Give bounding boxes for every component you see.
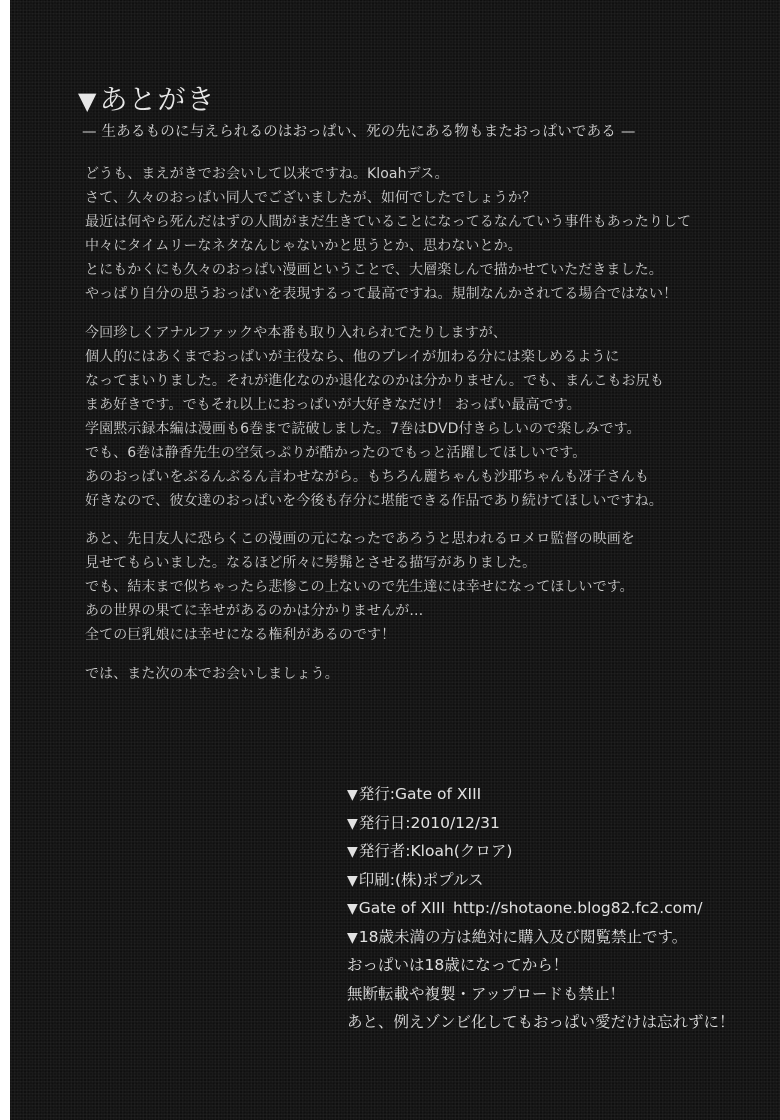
site-url: http://shotaone.blog82.fc2.com/ [453, 899, 702, 917]
text-line: まあ好きです。でもそれ以上におっぱいが大好きなだけ！ おっぱい最高です。 [85, 393, 745, 417]
paragraph-2: 今回珍しくアナルファックや本番も取り入れられてたりしますが、 個人的にはあくまで… [85, 321, 745, 513]
triangle-marker-icon: ▼ [347, 930, 358, 946]
colophon-note-3: あと、例えゾンビ化してもおっぱい愛だけは忘れずに！ [347, 1008, 735, 1037]
text-line: とにもかくにも久々のおっぱい漫画ということで、大層楽しんで描かせていただきました… [85, 258, 745, 282]
triangle-marker-icon: ▼ [347, 787, 358, 803]
triangle-marker-icon: ▼ [78, 87, 97, 115]
paragraph-1: どうも、まえがきでお会いして以来ですね。Kloahデス。 さて、久々のおっぱい同… [85, 162, 745, 306]
text-line: さて、久々のおっぱい同人でございましたが、如何でしたでしょうか？ [85, 186, 745, 210]
text-line: 学園黙示録本編は漫画も6巻まで読破しました。7巻はDVD付きらしいので楽しみです… [85, 417, 745, 441]
colophon-website: ▼Gate of XIIIhttp://shotaone.blog82.fc2.… [347, 894, 735, 923]
text-line: あのおっぱいをぶるんぶるん言わせながら。もちろん麗ちゃんも沙耶ちゃんも冴子さんも [85, 465, 745, 489]
text-line: どうも、まえがきでお会いして以来ですね。Kloahデス。 [85, 162, 745, 186]
triangle-marker-icon: ▼ [347, 901, 358, 917]
triangle-marker-icon: ▼ [347, 844, 358, 860]
text-line: でも、結末まで似ちゃったら悲惨この上ないので先生達には幸せになってほしいです。 [85, 575, 745, 599]
text-line: やっぱり自分の思うおっぱいを表現するって最高ですね。規制なんかされてる場合ではな… [85, 282, 745, 306]
page-title: ▼あとがき [78, 78, 215, 118]
text-line: なってまいりました。それが進化なのか退化なのかは分かりません。でも、まんこもお尻… [85, 369, 745, 393]
title-text: あとがき [99, 83, 215, 116]
text-line: でも、6巻は静香先生の空気っぷりが酷かったのでもっと活躍してほしいです。 [85, 441, 745, 465]
text-line: 見せてもらいました。なるほど所々に髣髴とさせる描写がありました。 [85, 551, 745, 575]
text-line: 中々にタイムリーなネタなんじゃないかと思うとか、思わないとか。 [85, 234, 745, 258]
colophon: ▼発行:Gate of XIII ▼発行日:2010/12/31 ▼発行者:Kl… [347, 780, 735, 1037]
text-line: 全ての巨乳娘には幸せになる権利があるのです！ [85, 623, 745, 647]
colophon-age-warning: ▼18歳未満の方は絶対に購入及び閲覧禁止です。 [347, 923, 735, 952]
text-line: あの世界の果てに幸せがあるのかは分かりませんが… [85, 599, 745, 623]
colophon-printer: ▼印刷:(株)ポプルス [347, 866, 735, 895]
text-line: 個人的にはあくまでおっぱいが主役なら、他のプレイが加わる分には楽しめるように [85, 345, 745, 369]
triangle-marker-icon: ▼ [347, 873, 358, 889]
text-line: あと、先日友人に恐らくこの漫画の元になったであろうと思われるロメロ監督の映画を [85, 527, 745, 551]
afterword-page: ▼あとがき — 生あるものに与えられるのはおっぱい、死の先にある物もまたおっぱい… [10, 0, 780, 1120]
paragraph-3: あと、先日友人に恐らくこの漫画の元になったであろうと思われるロメロ監督の映画を … [85, 527, 745, 647]
colophon-date: ▼発行日:2010/12/31 [347, 809, 735, 838]
text-line: では、また次の本でお会いしましょう。 [85, 662, 745, 686]
text-line: 最近は何やら死んだはずの人間がまだ生きていることになってるなんていう事件もあった… [85, 210, 745, 234]
text-line: 好きなので、彼女達のおっぱいを今後も存分に堪能できる作品であり続けてほしいですね… [85, 489, 745, 513]
paragraph-4: では、また次の本でお会いしましょう。 [85, 662, 745, 686]
colophon-note-2: 無断転載や複製・アップロードも禁止！ [347, 980, 735, 1009]
colophon-author: ▼発行者:Kloah(クロア) [347, 837, 735, 866]
subtitle: — 生あるものに与えられるのはおっぱい、死の先にある物もまたおっぱいである — [82, 120, 636, 141]
triangle-marker-icon: ▼ [347, 816, 358, 832]
site-name: Gate of XIII [359, 899, 445, 917]
colophon-note-1: おっぱいは18歳になってから！ [347, 951, 735, 980]
colophon-publisher: ▼発行:Gate of XIII [347, 780, 735, 809]
text-line: 今回珍しくアナルファックや本番も取り入れられてたりしますが、 [85, 321, 745, 345]
